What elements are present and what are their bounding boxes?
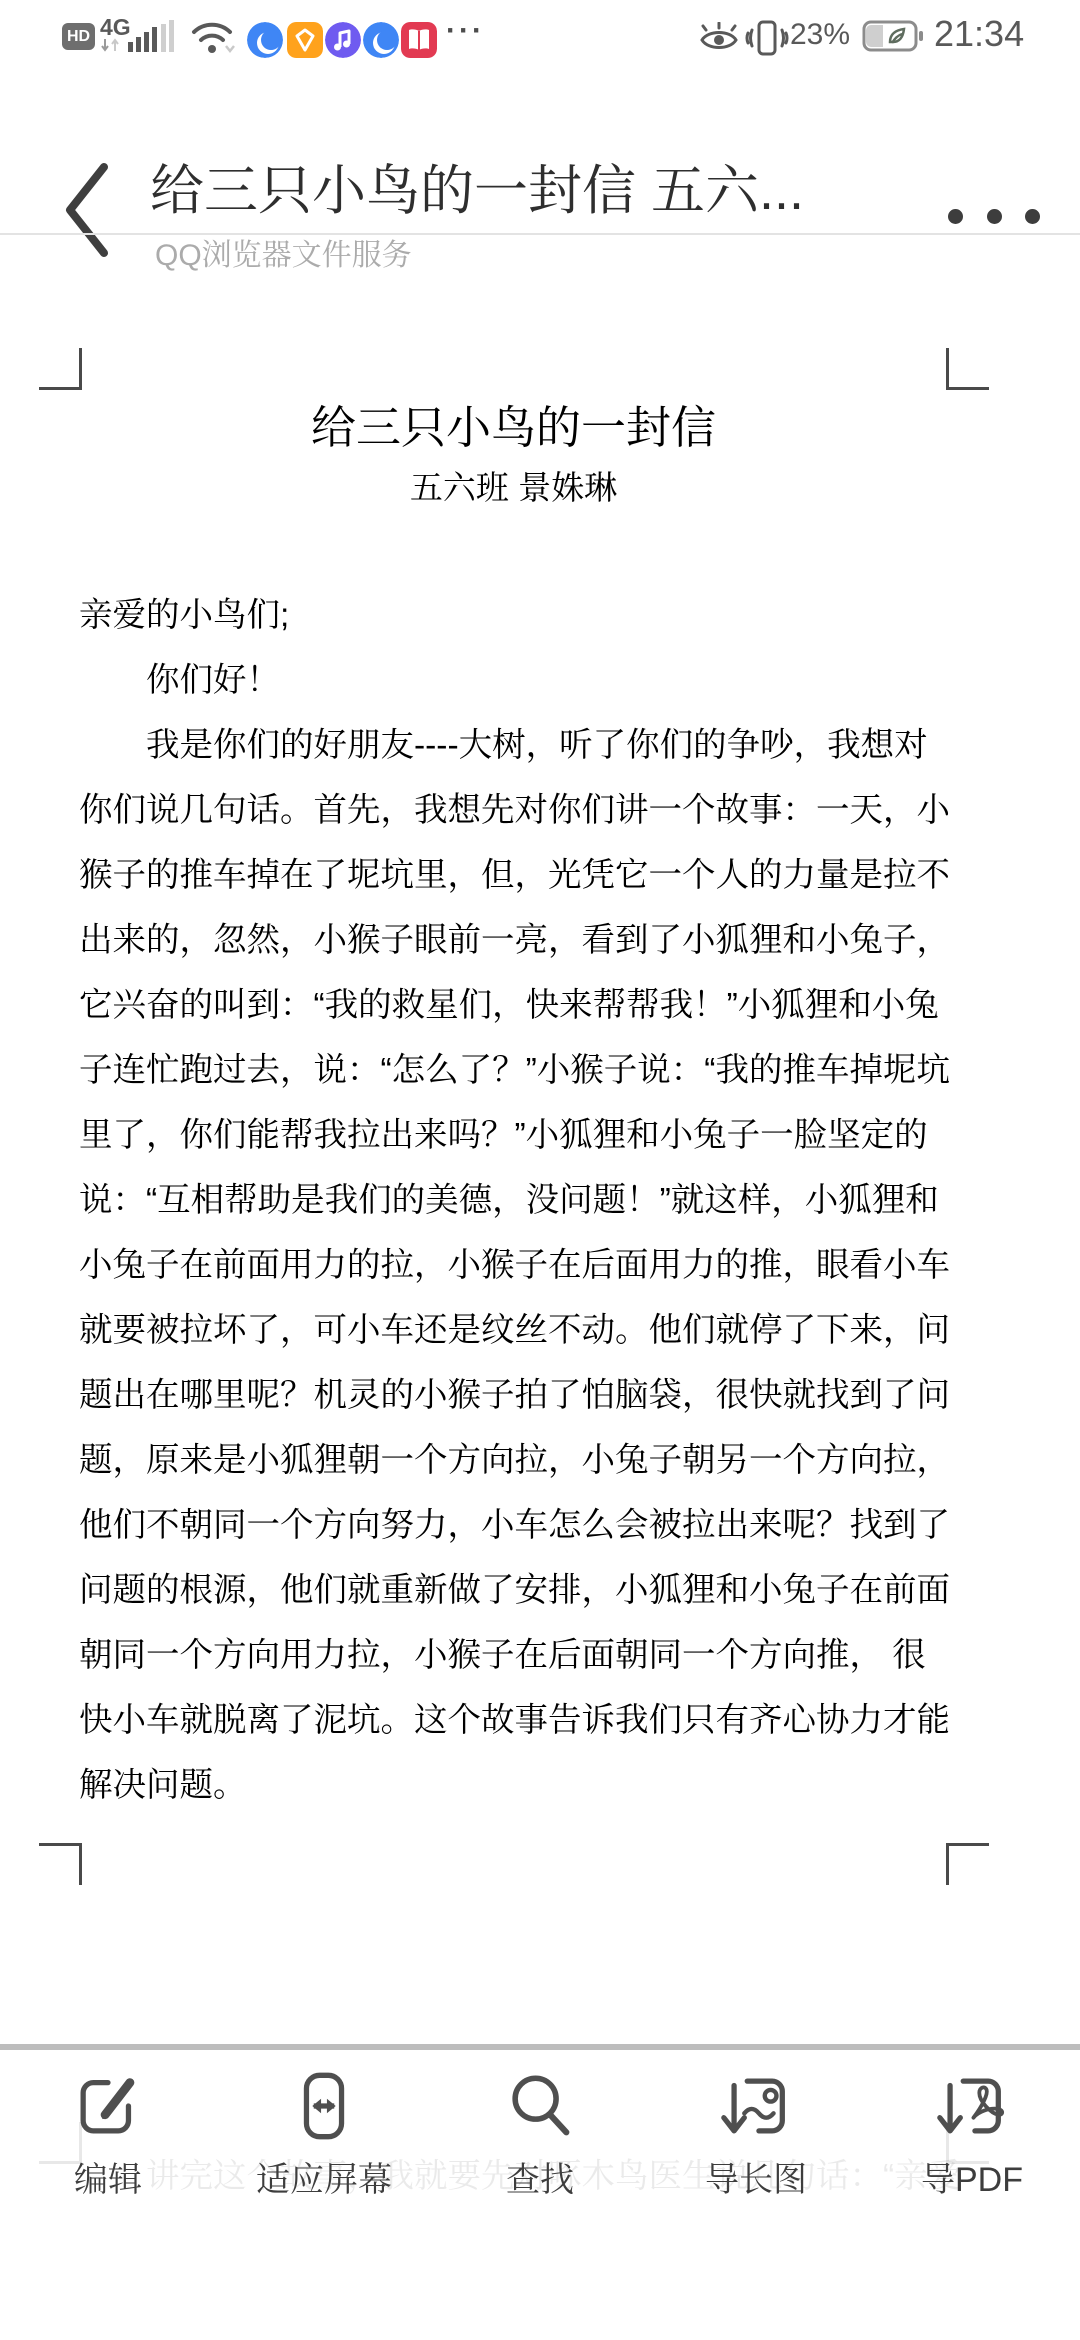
document-line: 解决问题。 xyxy=(79,1753,959,1818)
toolbar-label: 查找 xyxy=(506,2152,574,2201)
search-icon xyxy=(502,2068,578,2144)
document-line: 我是你们的好朋友----大树，听了你们的争吵，我想对 xyxy=(79,713,959,778)
signal-bars-icon xyxy=(128,20,180,52)
page-margin-mark xyxy=(39,1843,82,1885)
vip-icon xyxy=(287,22,323,58)
edit-button[interactable]: 编辑 xyxy=(0,2050,216,2232)
document-line: 他们不朝同一个方向努力，小车怎么会被拉出来呢？找到了 xyxy=(79,1493,959,1558)
battery-percent-label: 23% xyxy=(790,18,850,52)
export-pdf-icon xyxy=(934,2068,1010,2144)
document-body: 亲爱的小鸟们;你们好！我是你们的好朋友----大树，听了你们的争吵，我想对你们说… xyxy=(79,583,959,1818)
file-source-label: QQ浏览器文件服务 xyxy=(155,230,412,274)
toolbar-label: 适应屏幕 xyxy=(256,2152,392,2201)
document-line: 题，原来是小狐狸朝一个方向拉，小兔子朝另一个方向拉， xyxy=(79,1428,959,1493)
network-type-label: 4G xyxy=(100,14,131,41)
eye-comfort-icon xyxy=(698,22,740,52)
document-line: 小兔子在前面用力的拉，小猴子在后面用力的推，眼看小车 xyxy=(79,1233,959,1298)
battery-icon xyxy=(862,20,924,52)
export-long-image-icon xyxy=(718,2068,794,2144)
page-margin-mark xyxy=(39,348,82,390)
fit-screen-icon xyxy=(286,2068,362,2144)
vibrate-icon xyxy=(745,18,789,58)
export-long-image-button[interactable]: 导长图 xyxy=(648,2050,864,2232)
document-line: 朝同一个方向用力拉，小猴子在后面朝同一个方向推， 很 xyxy=(79,1623,959,1688)
header: 给三只小鸟的一封信 五六... QQ浏览器文件服务 xyxy=(0,60,1080,235)
document-author: 五六班 景姝琳 xyxy=(79,462,948,509)
document-line: 它兴奋的叫到：“我的救星们，快来帮帮我！”小狐狸和小兔 xyxy=(79,973,959,1038)
document-line: 你们说几句话。首先，我想先对你们讲一个故事：一天，小 xyxy=(79,778,959,843)
document-line: 里了，你们能帮我拉出来吗？”小狐狸和小兔子一脸坚定的 xyxy=(79,1103,959,1168)
document-line: 你们好！ xyxy=(79,648,959,713)
toolbar-label: 导长图 xyxy=(705,2152,807,2201)
menu-dot xyxy=(1025,209,1040,224)
document-title: 给三只小鸟的一封信 xyxy=(79,391,948,456)
edit-icon xyxy=(70,2068,146,2144)
document-line: 就要被拉坏了，可小车还是纹丝不动。他们就停了下来，问 xyxy=(79,1298,959,1363)
toolbar-label: 编辑 xyxy=(74,2152,142,2201)
reader-icon xyxy=(401,22,437,58)
more-menu-button[interactable] xyxy=(948,198,1040,234)
document-line: 说：“互相帮助是我们的美德，没问题！”就这样，小狐狸和 xyxy=(79,1168,959,1233)
toolbar-label: 导PDF xyxy=(921,2152,1023,2201)
music-icon xyxy=(325,22,361,58)
page-margin-mark xyxy=(946,1843,989,1885)
qq-browser-icon xyxy=(363,22,399,58)
back-button[interactable] xyxy=(52,155,122,265)
header-divider xyxy=(0,233,1080,235)
menu-dot xyxy=(987,209,1002,224)
document-line: 亲爱的小鸟们; xyxy=(79,583,959,648)
export-pdf-button[interactable]: 导PDF xyxy=(864,2050,1080,2232)
network-arrows-icon xyxy=(100,38,124,52)
page-margin-mark xyxy=(946,348,989,390)
document-line: 问题的根源，他们就重新做了安排，小狐狸和小兔子在前面 xyxy=(79,1558,959,1623)
bottom-toolbar: 编辑 适应屏幕 查找 导长图 xyxy=(0,2050,1080,2232)
qq-browser-icon xyxy=(247,22,283,58)
find-button[interactable]: 查找 xyxy=(432,2050,648,2232)
document-line: 猴子的推车掉在了坭坑里，但，光凭它一个人的力量是拉不 xyxy=(79,843,959,908)
status-bar: HD 4G ··· xyxy=(0,0,1080,60)
fit-screen-button[interactable]: 适应屏幕 xyxy=(216,2050,432,2232)
document-line: 出来的，忽然，小猴子眼前一亮，看到了小狐狸和小兔子， xyxy=(79,908,959,973)
file-title: 给三只小鸟的一封信 五六... xyxy=(150,148,890,225)
document-line: 子连忙跑过去，说：“怎么了？”小猴子说：“我的推车掉坭坑 xyxy=(79,1038,959,1103)
status-more-icon: ··· xyxy=(446,14,485,48)
menu-dot xyxy=(948,209,963,224)
hd-icon: HD xyxy=(62,23,95,50)
clock-label: 21:34 xyxy=(934,13,1024,55)
document-line: 题出在哪里呢？机灵的小猴子拍了怕脑袋，很快就找到了问 xyxy=(79,1363,959,1428)
wifi-icon xyxy=(190,20,238,56)
document-line: 快小车就脱离了泥坑。这个故事告诉我们只有齐心协力才能 xyxy=(79,1688,959,1753)
